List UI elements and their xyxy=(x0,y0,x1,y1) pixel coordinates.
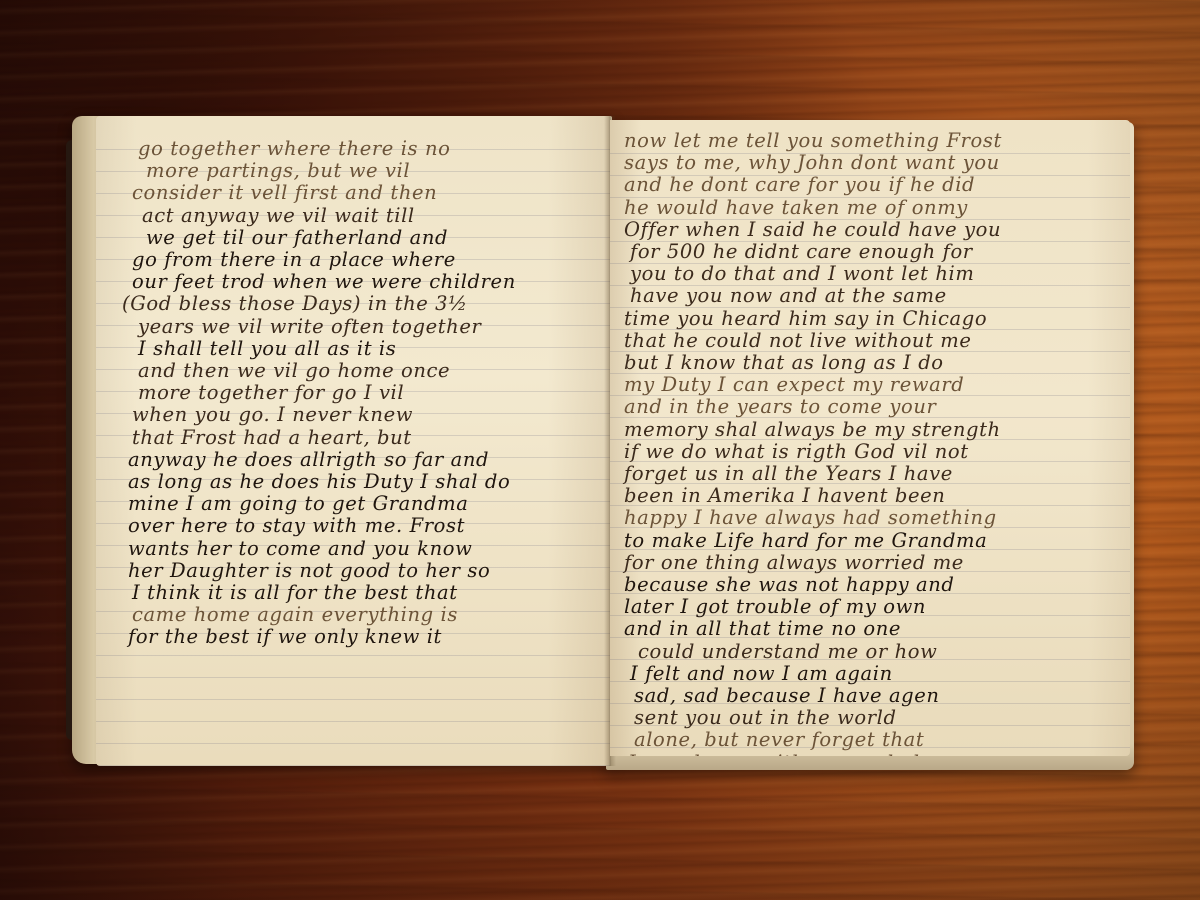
handwritten-line: happy I have always had something xyxy=(624,507,1120,529)
handwritten-line: alone, but never forget that xyxy=(634,729,1130,751)
handwritten-line: been in Amerika I havent been xyxy=(624,485,1120,507)
handwritten-line: now let me tell you something Frost xyxy=(624,130,1120,152)
handwritten-line: consider it vell first and then xyxy=(132,182,598,204)
handwritten-line: because she was not happy and xyxy=(624,574,1120,596)
handwritten-line: when you go. I never knew xyxy=(132,404,598,426)
handwritten-line: go together where there is no xyxy=(138,138,604,160)
handwritten-line: forget us in all the Years I have xyxy=(624,463,1120,485)
handwritten-line: for 500 he didnt care enough for xyxy=(630,241,1126,263)
handwritten-line: more partings, but we vil xyxy=(146,160,610,182)
handwritten-line: to make Life hard for me Grandma xyxy=(624,530,1120,552)
handwritten-line: act anyway we vil wait till xyxy=(142,205,608,227)
handwritten-line: he would have taken me of onmy xyxy=(624,197,1120,219)
handwritten-line: that Frost had a heart, but xyxy=(132,427,598,449)
handwritten-line: our feet trod when we were children xyxy=(132,271,598,293)
handwritten-line: as long as he does his Duty I shal do xyxy=(128,471,594,493)
handwritten-line: (God bless those Days) in the 3½ xyxy=(122,293,588,315)
handwritten-line: more together for go I vil xyxy=(138,382,604,404)
handwritten-line: have you now and at the same xyxy=(630,285,1126,307)
left-page: go together where there is no more parti… xyxy=(96,116,610,766)
handwritten-line: anyway he does allrigth so far and xyxy=(128,449,594,471)
handwritten-line: my Duty I can expect my reward xyxy=(624,374,1120,396)
handwritten-line: I think it is all for the best that xyxy=(132,582,598,604)
handwritten-line: I shall tell you all as it is xyxy=(138,338,604,360)
handwritten-line: I am always with you and always xyxy=(628,752,1124,756)
handwritten-line: sad, sad because I have agen xyxy=(634,685,1130,707)
handwritten-line: but I know that as long as I do xyxy=(624,352,1120,374)
handwritten-line: time you heard him say in Chicago xyxy=(624,308,1120,330)
right-page: now let me tell you something Frost says… xyxy=(610,120,1130,756)
handwritten-line: for the best if we only knew it xyxy=(128,626,594,648)
handwritten-line: Offer when I said he could have you xyxy=(624,219,1120,241)
handwritten-line: for one thing always worried me xyxy=(624,552,1120,574)
handwritten-line: and he dont care for you if he did xyxy=(624,174,1120,196)
handwritten-line: could understand me or how xyxy=(638,641,1130,663)
handwritten-line: if we do what is rigth God vil not xyxy=(624,441,1120,463)
handwritten-line: I felt and now I am again xyxy=(630,663,1126,685)
handwritten-line: sent you out in the world xyxy=(634,707,1130,729)
handwritten-line: and then we vil go home once xyxy=(138,360,604,382)
handwritten-line: her Daughter is not good to her so xyxy=(128,560,594,582)
handwritten-line: we get til our fatherland and xyxy=(146,227,610,249)
open-diary: go together where there is no more parti… xyxy=(66,112,1136,772)
handwritten-line: years we vil write often together xyxy=(138,316,604,338)
handwritten-line: mine I am going to get Grandma xyxy=(128,493,594,515)
handwritten-line: says to me, why John dont want you xyxy=(624,152,1120,174)
handwritten-line: later I got trouble of my own xyxy=(624,596,1120,618)
handwritten-line: that he could not live without me xyxy=(624,330,1120,352)
handwritten-line: memory shal always be my strength xyxy=(624,419,1120,441)
handwritten-line: go from there in a place where xyxy=(132,249,598,271)
handwritten-line: and in all that time no one xyxy=(624,618,1120,640)
handwritten-line: and in the years to come your xyxy=(624,396,1120,418)
handwritten-line: over here to stay with me. Frost xyxy=(128,515,594,537)
handwritten-line: came home again everything is xyxy=(132,604,598,626)
handwritten-line: you to do that and I wont let him xyxy=(630,263,1126,285)
handwritten-line: wants her to come and you know xyxy=(128,538,594,560)
